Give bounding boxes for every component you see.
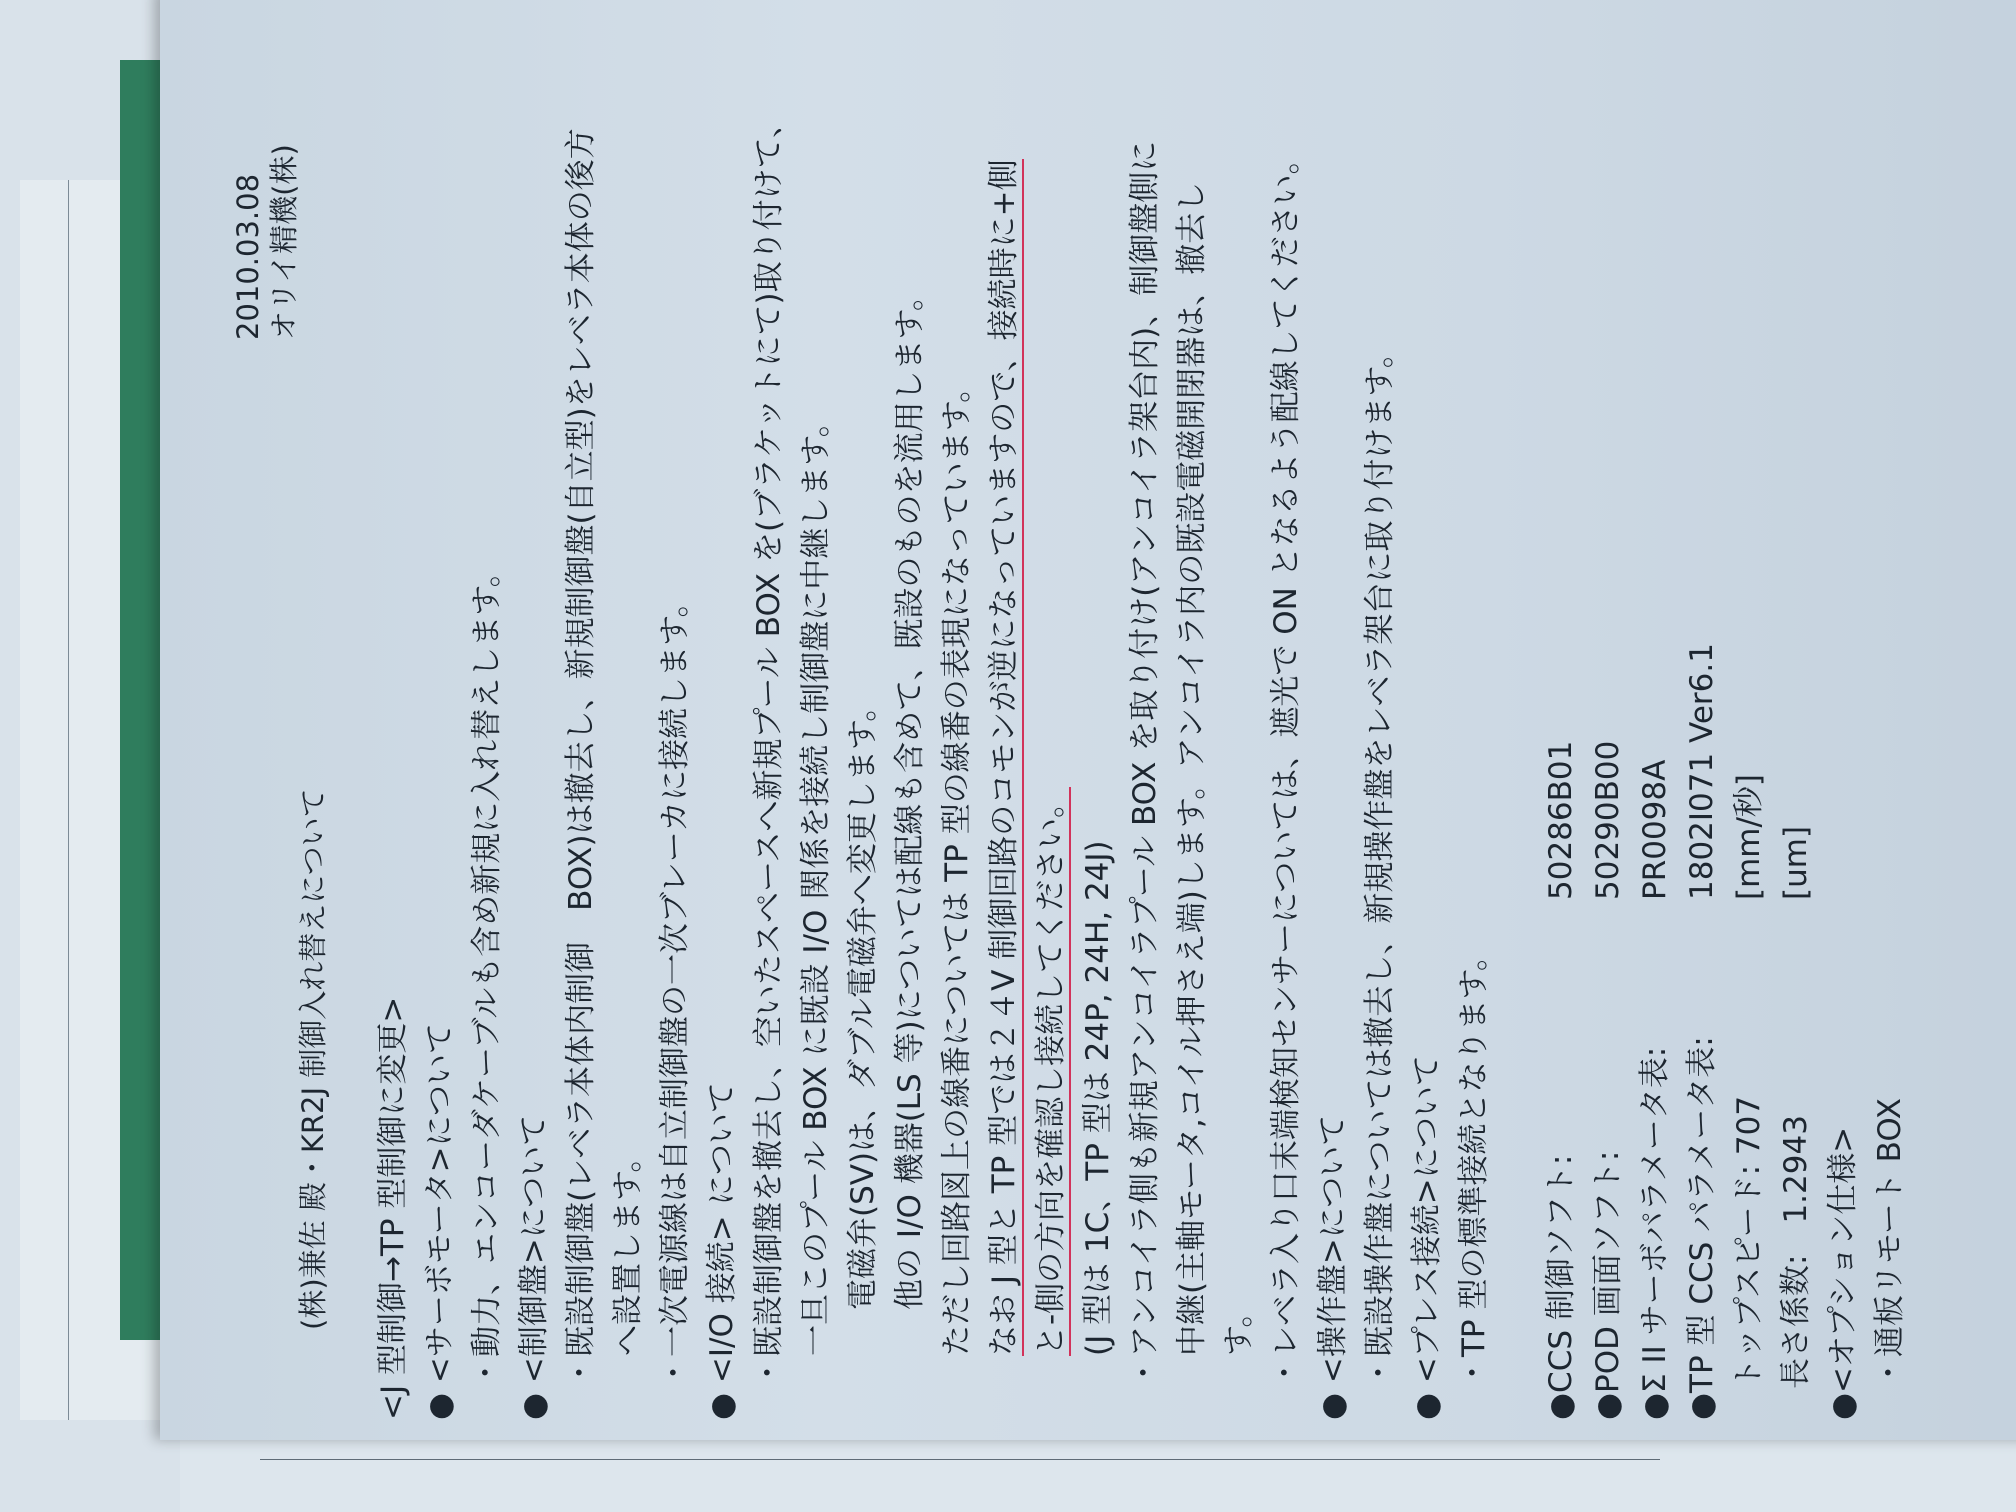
document-line: 一旦このプール BOX に既設 I/O 関係を接続し制御盤に中継します。 — [793, 20, 840, 1420]
document-line: ・レベラ入り口末端検知センサーについては、遮光で ON となるよう配線してくださ… — [1263, 20, 1310, 1420]
parameter-label: ●CCS 制御ソフト: — [1538, 900, 1585, 1420]
document-line: ・TP 型の標準接続となります。 — [1451, 20, 1498, 1420]
document-title: (株)兼佐 殿・KR2J 制御入れ替えについて — [290, 788, 337, 1330]
document-line: ● <操作盤>について — [1310, 20, 1357, 1420]
parameter-value: 1802I071 Ver6.1 — [1679, 643, 1726, 900]
document-line: ・アンコイラ側も新規アンコイラプール BOX を取り付け(アンコイラ架台内)、制… — [1122, 20, 1169, 1420]
parameter-label: ●Σ II サーボパラメータ表: — [1632, 900, 1679, 1420]
document-header: 2010.03.08 オリイ精機(株) (株)兼佐 殿・KR2J 制御入れ替えに… — [230, 20, 370, 1420]
parameter-value: PR0098A — [1632, 760, 1679, 900]
parameter-label: ●POD 画面ソフト: — [1585, 900, 1632, 1420]
document-line: ● <プレス接続>について — [1404, 20, 1451, 1420]
document-line: 中継(主軸モータ,コイル押さえ端)します。アンコイラ内の既設電磁開閉器は、撤去し — [1169, 20, 1216, 1420]
parameter-row: 長さ係数: 1.2943[um] — [1773, 20, 1820, 1420]
document-line: ● <制御盤>について — [511, 20, 558, 1420]
parameter-row: ●TP 型 CCS パラメータ表:1802I071 Ver6.1 — [1679, 20, 1726, 1420]
document-line: ・一次電源線は自立制御盤の一次ブレーカに接続します。 — [652, 20, 699, 1420]
document-line: なお J 型と TP 型では２４V 制御回路のコモンが逆になっていますので、接続… — [981, 20, 1028, 1420]
document-content: 2010.03.08 オリイ精機(株) (株)兼佐 殿・KR2J 制御入れ替えに… — [230, 20, 1730, 1420]
parameter-row: ●CCS 制御ソフト:50286B01 — [1538, 20, 1585, 1420]
red-underline: なお J 型と TP 型では２４V 制御回路のコモンが逆になっていますので、接続… — [986, 159, 1024, 1356]
document-line: ・既設制御盤を撤去し、空いたスペースへ新規プール BOX を(ブラケットにて)取… — [746, 20, 793, 1420]
parameter-label: ●TP 型 CCS パラメータ表: — [1679, 900, 1726, 1420]
document-line: へ設置します。 — [605, 20, 652, 1420]
parameter-label: 長さ係数: 1.2943 — [1773, 900, 1820, 1420]
document-line: ・既設操作盤については撤去し、新規操作盤をレベラ架台に取り付けます。 — [1357, 20, 1404, 1420]
document-line: ● <サーボモータ>について — [417, 20, 464, 1420]
parameter-label: トップスピード: 707 — [1726, 900, 1773, 1420]
parameter-row: トップスピード: 707[mm/秒] — [1726, 20, 1773, 1420]
document-date: 2010.03.08 — [230, 144, 266, 340]
document-body: <J 型制御→TP 型制御に変更>● <サーボモータ>について・動力、エンコーダ… — [370, 20, 1498, 1420]
document-line: 他の I/O 機器(LS 等)については配線も含めて、既設のものを流用します。 — [887, 20, 934, 1420]
parameter-value: [mm/秒] — [1726, 774, 1773, 900]
option-heading: ●<オプション仕様> — [1820, 20, 1867, 1420]
graph-ruler-line — [68, 180, 69, 1420]
parameter-row: ●POD 画面ソフト:50290B00 — [1585, 20, 1632, 1420]
company-name: オリイ精機(株) — [266, 144, 302, 340]
parameter-value: [um] — [1773, 826, 1820, 900]
parameter-list: ●CCS 制御ソフト:50286B01●POD 画面ソフト:50290B00●Σ… — [1538, 20, 1820, 1420]
document-line: <J 型制御→TP 型制御に変更> — [370, 20, 417, 1420]
parameter-value: 50286B01 — [1538, 741, 1585, 900]
document-line: ・動力、エンコーダケーブルも含め新規に入れ替えします。 — [464, 20, 511, 1420]
document-line: ・既設制御盤(レベラ本体内制御 BOX)は撤去し、新規制御盤(自立型)をレベラ本… — [558, 20, 605, 1420]
parameter-row: ●Σ II サーボパラメータ表:PR0098A — [1632, 20, 1679, 1420]
document-line: す。 — [1216, 20, 1263, 1420]
red-underline: と-側の方向を確認し接続してください。 — [1033, 787, 1071, 1356]
document-line: 電磁弁(SV)は、ダブル電磁弁へ変更します。 — [840, 20, 887, 1420]
document-line: と-側の方向を確認し接続してください。 — [1028, 20, 1075, 1420]
document-line: (J 型は 1C、TP 型は 24P, 24H, 24J) — [1075, 20, 1122, 1420]
bottom-ruler-line — [260, 1459, 1660, 1460]
parameter-value: 50290B00 — [1585, 741, 1632, 900]
document-line: ● <I/O 接続> について — [699, 20, 746, 1420]
option-item: ・通板リモート BOX — [1867, 20, 1914, 1420]
document-line: ただし回路図上の線番については TP 型の線番の表現になっています。 — [934, 20, 981, 1420]
date-block: 2010.03.08 オリイ精機(株) — [230, 144, 302, 340]
